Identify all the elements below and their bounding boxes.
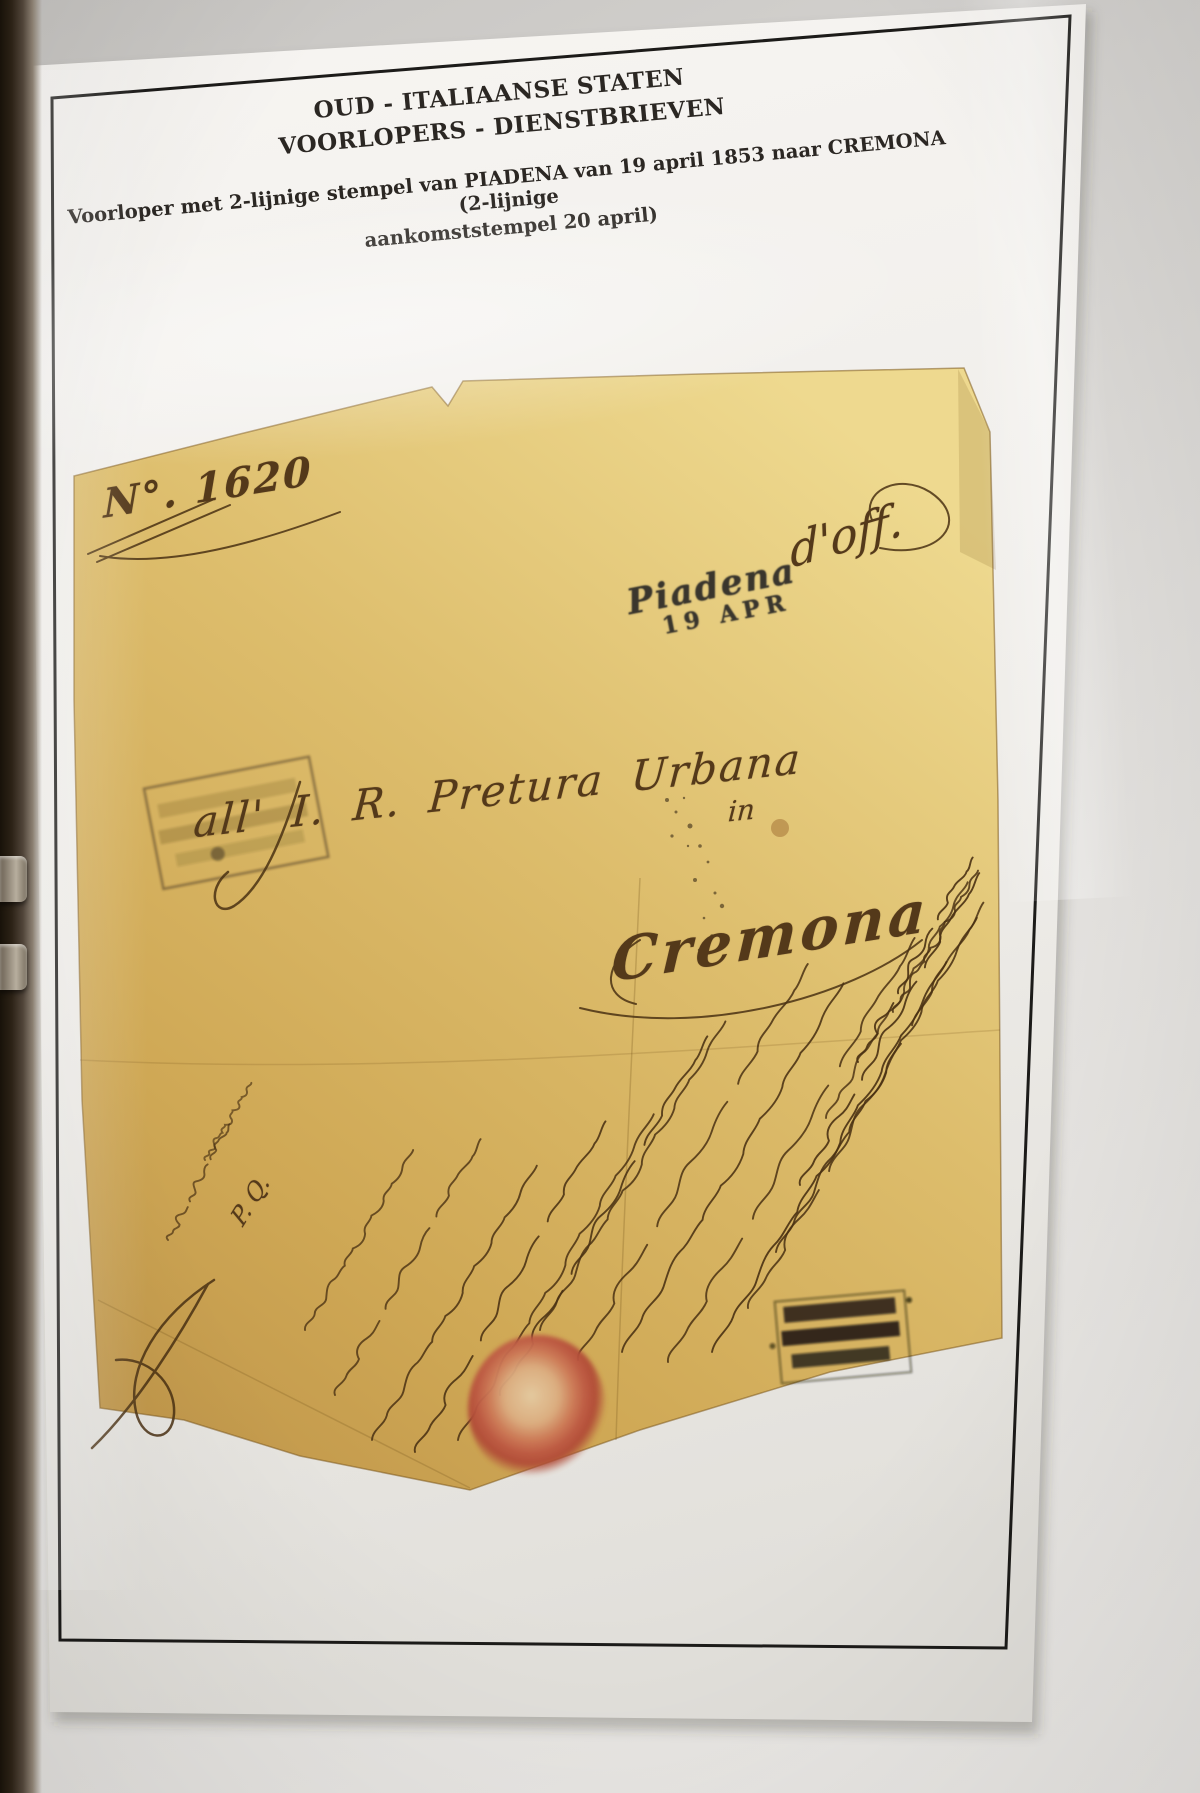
paper-stain (771, 819, 789, 837)
scene-artwork (0, 0, 1200, 1793)
binder-clip-bottom (0, 944, 27, 990)
address-line2: in (727, 792, 756, 828)
binder-clip-top (0, 856, 27, 902)
photograph-of-album-page: OUD - ITALIAANSE STATEN VOORLOPERS - DIE… (0, 0, 1200, 1793)
